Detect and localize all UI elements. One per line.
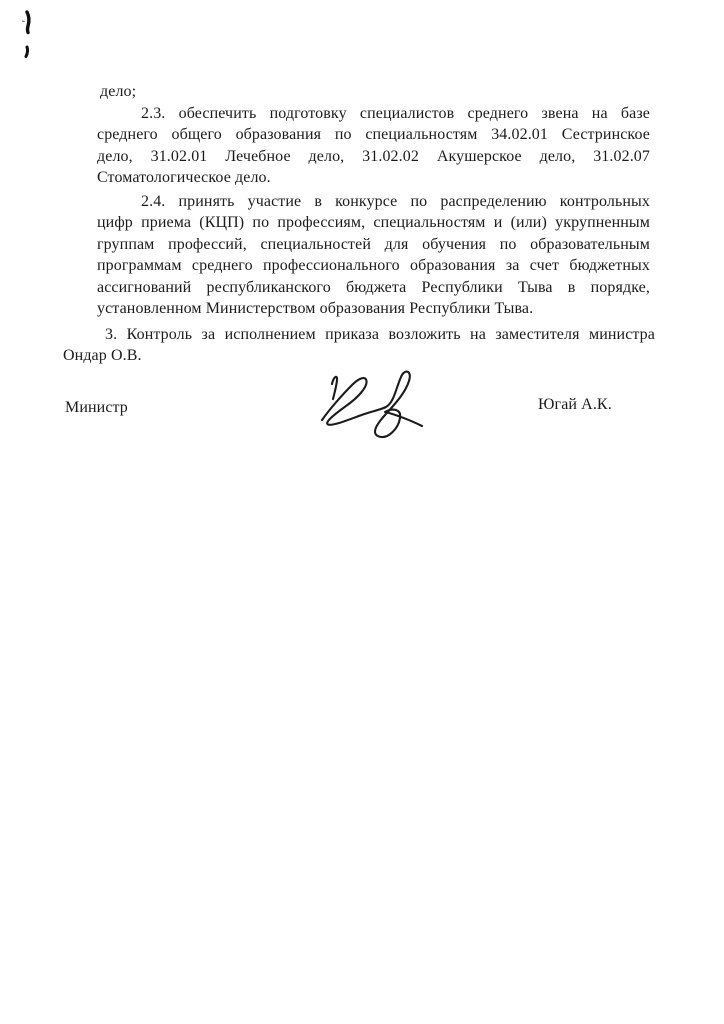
hanging-text-line: дело;: [100, 81, 724, 103]
text-line: ассигнований республиканского бюджета Ре…: [97, 277, 650, 299]
text-line: установленном Министерством образования …: [97, 298, 650, 320]
text-line: цифр приема (КЦП) по профессиям, специал…: [97, 212, 650, 234]
text-line: дело, 31.02.01 Лечебное дело, 31.02.02 А…: [97, 146, 650, 168]
binding-mark-icon: [18, 8, 38, 63]
minister-name-label: Югай А.К.: [538, 394, 612, 416]
text-line: 3. Контроль за исполнением приказа возло…: [63, 324, 655, 346]
paragraph-2-4: 2.4. принять участие в конкурсе по распр…: [97, 191, 650, 320]
text-line: группам профессий, специальностей для об…: [97, 234, 650, 256]
text-line: Стоматологическое дело.: [97, 167, 650, 189]
text-line: 2.3. обеспечить подготовку специалистов …: [97, 103, 650, 125]
document-page: дело; 2.3. обеспечить подготовку специал…: [0, 0, 724, 1024]
paragraph-2-3: 2.3. обеспечить подготовку специалистов …: [97, 103, 650, 189]
signature-icon: [295, 358, 445, 453]
text-line: 2.4. принять участие в конкурсе по распр…: [97, 191, 650, 213]
text-line: программам среднего профессионального об…: [97, 255, 650, 277]
text-line: среднего общего образования по специальн…: [97, 124, 650, 146]
